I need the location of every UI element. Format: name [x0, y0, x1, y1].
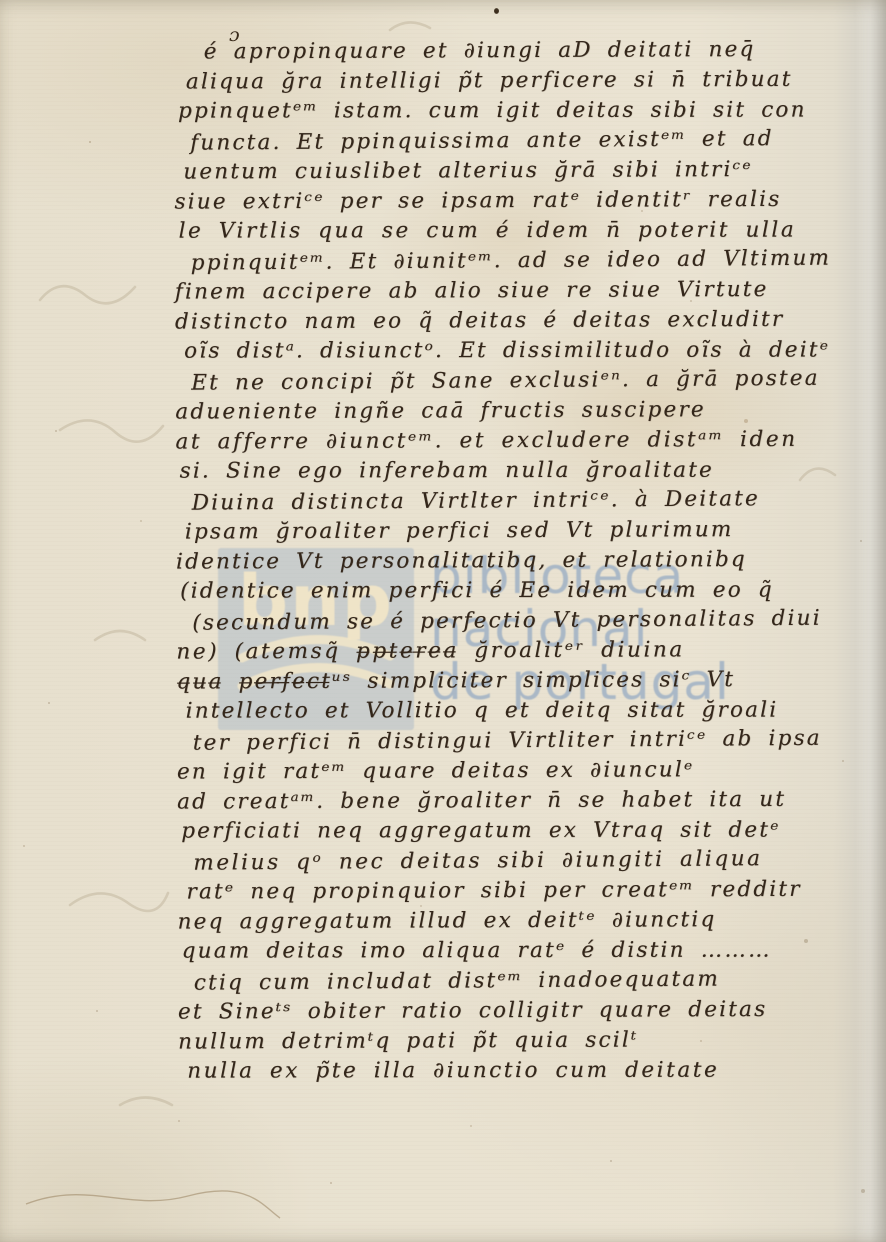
manuscript-line: en igit ratᵉᵐ quare deitas ex ∂iunculᵉ	[177, 754, 879, 787]
manuscript-line: ipsam ğroaliter perfici sed Vt plurimum	[185, 514, 878, 547]
manuscript-line: quam deitas imo aliqua ratᵉ é distin ………	[182, 935, 880, 966]
paper-specks	[0, 0, 2, 2]
manuscript-line: adueniente ingñe caā fructis suscipere	[175, 394, 877, 427]
manuscript-line: finem accipere ab alio siue re siue Virt…	[175, 274, 877, 307]
manuscript-line: neq aggregatum illud ex deitᵗᵉ ∂iunctiq	[178, 904, 880, 937]
manuscript-line: oĩs distᵃ. disiunctᵒ. Et dissimilitudo o…	[184, 335, 877, 366]
manuscript-line: Et ne concipi p̃t Sane exclusiᵉⁿ. a ğrā …	[191, 363, 877, 398]
manuscript-line: ppinquetᵉᵐ istam. cum igit deitas sibi s…	[178, 95, 876, 126]
manuscript-line: et Sineᵗˢ obiter ratio colligitr quare d…	[178, 994, 880, 1027]
manuscript-text: é apropinquare et ∂iungi aD deitati neq̄…	[174, 34, 881, 1087]
manuscript-line: ppinquitᵉᵐ. Et ∂iunitᵉᵐ. ad se ideo ad V…	[191, 243, 877, 278]
manuscript-line: siue extriᶜᵉ per se ipsam ratᵉ identitʳ …	[174, 184, 876, 217]
manuscript-line: intellecto et Vollitio q et deitq sitat …	[186, 695, 879, 726]
manuscript-line: ter perfici n̄ distingui Virtliter intri…	[193, 723, 879, 758]
manuscript-line: identice Vt personalitatibq, et relation…	[176, 544, 878, 577]
manuscript-line: ad creatᵃᵐ. bene ğroaliter n̄ se habet i…	[177, 784, 879, 817]
manuscript-line: si. Sine ego inferebam nulla ğroalitate	[180, 455, 878, 486]
manuscript-line: nulla ex p̃te illa ∂iunctio cum deitate	[187, 1055, 880, 1086]
manuscript-line: at afferre ∂iunctᵉᵐ. et excludere distᵃᵐ…	[175, 424, 877, 457]
manuscript-line: melius qᵒ nec deitas sibi ∂iungiti aliqu…	[193, 843, 879, 878]
manuscript-line: ratᵉ neq propinquior sibi per creatᵉᵐ re…	[186, 874, 879, 907]
manuscript-line: nullum detrimᵗq pati p̃t quia scilᵗ	[178, 1024, 880, 1057]
manuscript-line: é apropinquare et ∂iungi aD deitati neq̄	[204, 34, 876, 67]
manuscript-line: perficiati neq aggregatum ex Vtraq sit d…	[181, 815, 879, 846]
crease-line	[18, 1162, 288, 1232]
manuscript-line: le Virtlis qua se cum é idem n̄ poterit …	[179, 215, 877, 246]
manuscript-line: distincto nam eo q̃ deitas é deitas excl…	[175, 304, 877, 337]
manuscript-line: ctiq cum includat distᵉᵐ inadoequatam	[194, 963, 880, 998]
manuscript-line: uentum cuiuslibet alterius ğrā sibi intr…	[183, 154, 876, 187]
manuscript-line: (identice enim perfici é Ee idem cum eo …	[180, 575, 878, 606]
ink-dot	[494, 8, 499, 14]
manuscript-page: bnp biblioteca nacional de portugal ɔ é …	[0, 0, 886, 1242]
manuscript-line: q̶u̶a̶ p̶e̶r̶f̶e̶c̶t̶ᵘˢ simpliciter simp…	[176, 664, 878, 697]
manuscript-line: functa. Et ppinquissima ante existᵉᵐ et …	[190, 123, 876, 158]
manuscript-line: (secundum se é perfectio Vt personalitas…	[192, 603, 878, 638]
manuscript-line: Diuina distincta Virtlter intriᶜᵉ. à Dei…	[192, 483, 878, 518]
manuscript-line: ne) (atemsq̃ p̶p̶t̶e̶r̶e̶a̶ ğroalitᵉʳ di…	[176, 634, 878, 667]
manuscript-line: aliqua ğra intelligi p̃t perficere si n̄…	[186, 64, 876, 97]
